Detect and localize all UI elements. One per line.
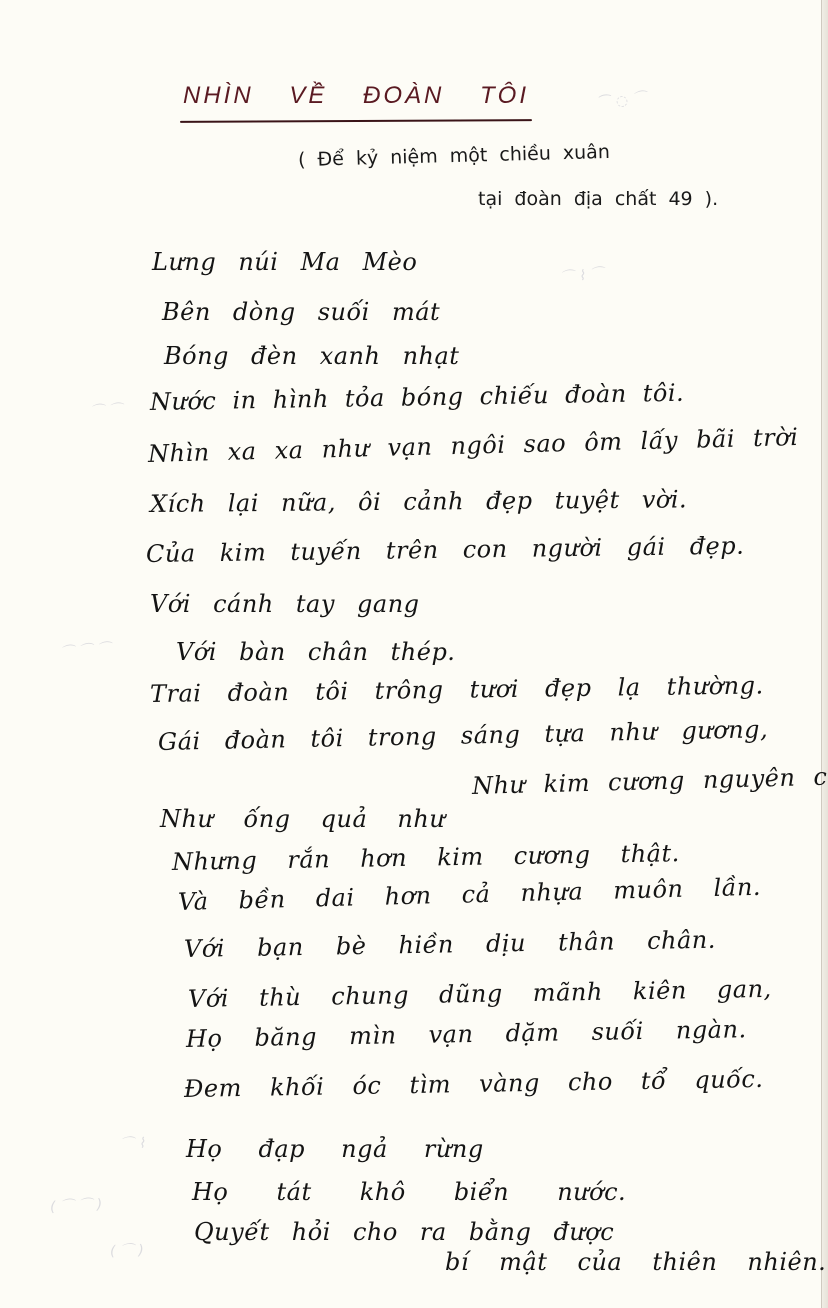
poem-line: Bên dòng suối mát: [162, 298, 440, 326]
dedication-line-1: ( Để kỷ niệm một chiều xuân: [298, 141, 610, 171]
bleed-through-mark: ( ⌒ ): [110, 1239, 145, 1260]
poem-line: Họ đạp ngả rừng: [186, 1135, 484, 1163]
bleed-through-mark: ⌒ ⌇: [120, 1133, 146, 1154]
poem-line: Với thù chung dũng mãnh kiên gan,: [188, 975, 772, 1013]
bleed-through-mark: ⌒ ⌇ ⌒: [559, 263, 605, 287]
poem-line: Gái đoàn tôi trong sáng tựa như gương,: [158, 715, 769, 756]
bleed-through-mark: ( ⌒ ⌒ ): [50, 1194, 103, 1217]
poem-line: Trai đoàn tôi trông tươi đẹp lạ thường.: [150, 671, 764, 708]
page-edge: [821, 0, 822, 1308]
scanned-page: ⁀ ◌ ⌒ ⌒ ⌇ ⌒ ⌒ ⌒ ⌒ ⌒ ⌒ ⌒ ⌇ ( ⌒ ⌒ ) ( ⌒ ) …: [0, 0, 828, 1308]
poem-line: Họ tát khô biển nước.: [192, 1178, 626, 1206]
poem-line: Đem khối óc tìm vàng cho tổ quốc.: [184, 1065, 764, 1103]
poem-line: Nước in hình tỏa bóng chiếu đoàn tôi.: [150, 379, 685, 416]
poem-line: Với bạn bè hiền dịu thân chân.: [184, 926, 716, 963]
poem-line: Bóng đèn xanh nhạt: [164, 342, 459, 370]
poem-line: Nhưng rắn hơn kim cương thật.: [172, 839, 680, 876]
title-underline: [180, 119, 532, 123]
poem-line: Nhìn xa xa như vạn ngôi sao ôm lấy bãi t…: [148, 423, 799, 468]
bleed-through-mark: ⌒ ⌒: [89, 399, 123, 421]
dedication-line-2: tại đoàn địa chất 49 ).: [478, 188, 718, 210]
poem-title: NHÌN VỀ ĐOÀN TÔI: [183, 82, 529, 110]
poem-line: Với bàn chân thép.: [176, 638, 455, 666]
poem-line: Như ống quả như: [160, 805, 445, 833]
poem-line: Quyết hỏi cho ra bằng được: [194, 1218, 614, 1246]
poem-line: Xích lại nữa, ôi cảnh đẹp tuyệt vời.: [150, 485, 687, 518]
poem-line: Như kim cương nguyên chất.: [472, 761, 828, 800]
poem-line: Của kim tuyến trên con người gái đẹp.: [146, 532, 745, 568]
poem-line: Lưng núi Ma Mèo: [152, 248, 417, 276]
poem-line: bí mật của thiên nhiên.: [445, 1248, 826, 1276]
poem-line: Với cánh tay gang: [150, 590, 420, 618]
bleed-through-mark: ⁀ ◌ ⌒: [599, 87, 648, 113]
page-edge-shade: [822, 0, 828, 1308]
bleed-through-mark: ⌒ ⌒ ⌒: [59, 638, 111, 662]
poem-line: Và bền dai hơn cả nhựa muôn lần.: [178, 873, 762, 916]
poem-line: Họ băng mìn vạn dặm suối ngàn.: [186, 1015, 747, 1053]
